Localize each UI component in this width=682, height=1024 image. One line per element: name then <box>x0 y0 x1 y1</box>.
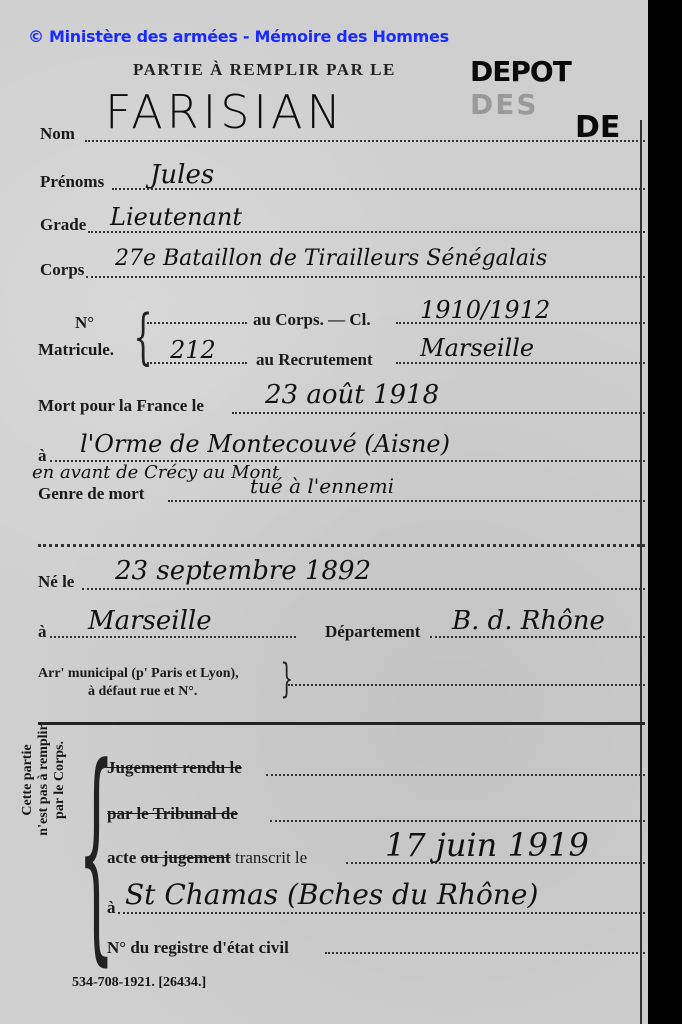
stamp-text-dark: DEPOT <box>470 55 571 88</box>
transcription-lieu-label: à <box>107 898 116 918</box>
departement-line <box>430 636 645 638</box>
lieu-naissance-value: Marseille <box>88 606 212 636</box>
grade-line <box>88 231 645 233</box>
jugement-line <box>266 774 645 776</box>
recrutement-number: 212 <box>170 336 216 364</box>
departement-label: Département <box>325 622 420 642</box>
corps-label: Corps <box>40 260 84 280</box>
grade-label: Grade <box>40 215 86 235</box>
arrondissement-label-1: Arr' municipal (p' Paris et Lyon), <box>38 666 239 682</box>
matricule-label: Matricule. <box>38 340 114 360</box>
mort-label: Mort pour la France le <box>38 396 204 416</box>
corps-value: 27e Bataillon de Tirailleurs Sénégalais <box>115 246 547 271</box>
corps-line <box>86 276 645 278</box>
genre-mort-line <box>168 500 645 502</box>
nom-label: Nom <box>40 124 75 144</box>
au-corps-label: au Corps. — Cl. <box>253 310 371 330</box>
ne-le-value: 23 septembre 1892 <box>115 556 371 586</box>
prenoms-label: Prénoms <box>40 172 104 192</box>
transcription-lieu-value: St Chamas (Bches du Rhône) <box>125 878 538 911</box>
genre-mort-value: tué à l'ennemi <box>250 474 394 498</box>
registre-line <box>325 952 645 954</box>
registre-label: N° du registre d'état civil <box>107 938 289 958</box>
nom-value: FARISIAN <box>105 85 345 139</box>
acte-label-b: ou jugement <box>141 848 231 867</box>
section-divider <box>38 722 645 725</box>
mort-value: 23 août 1918 <box>265 380 439 410</box>
matricule-label-no: N° <box>75 313 94 333</box>
ne-le-label: Né le <box>38 572 74 592</box>
tribunal-label: par le Tribunal de <box>107 804 238 824</box>
acte-label: acte ou jugement transcrit le <box>107 848 307 868</box>
lieu-deces-value-2: en avant de Crécy au Mont <box>32 462 279 483</box>
nom-line <box>85 140 645 142</box>
acte-label-a: acte <box>107 848 136 867</box>
tribunal-line <box>270 820 645 822</box>
lieu-naissance-label: à <box>38 622 47 642</box>
arrondissement-label-2: à défaut rue et N°. <box>88 684 197 700</box>
au-corps-line <box>147 322 247 324</box>
death-record-card: © Ministère des armées - Mémoire des Hom… <box>0 0 648 1024</box>
acte-label-c: transcrit le <box>235 848 307 867</box>
form-header: PARTIE À REMPLIR PAR LE <box>133 60 396 80</box>
transcription-lieu-line <box>118 912 645 914</box>
grade-value: Lieutenant <box>110 203 242 231</box>
recrutement-line <box>396 362 645 364</box>
copyright-watermark: © Ministère des armées - Mémoire des Hom… <box>28 27 449 46</box>
extra-line <box>38 544 645 547</box>
arrondissement-brace: } <box>280 656 293 702</box>
classe-value: 1910/1912 <box>420 296 550 324</box>
side-note-line-2: n'est pas à remplir <box>36 700 52 860</box>
arrondissement-line <box>288 684 645 686</box>
ne-le-line <box>82 588 645 590</box>
depot-stamp: DEPOT DES <box>470 55 648 121</box>
jugement-label: Jugement rendu le <box>107 758 242 778</box>
departement-value: B. d. Rhône <box>452 606 605 636</box>
recrutement-label: au Recrutement <box>256 350 373 370</box>
side-note-line-1: Cette partie <box>20 700 36 860</box>
side-note: Cette partie n'est pas à remplir par le … <box>20 700 68 860</box>
side-note-line-3: par le Corps. <box>52 700 68 860</box>
mort-line <box>232 412 645 414</box>
prenoms-value: Jules <box>150 160 214 190</box>
lieu-deces-value-1: l'Orme de Montecouvé (Aisne) <box>80 430 450 458</box>
card-right-border <box>640 120 642 1024</box>
genre-mort-label: Genre de mort <box>38 484 144 504</box>
lieu-naissance-line <box>50 636 296 638</box>
acte-value: 17 juin 1919 <box>385 826 589 864</box>
stamp-text-faded: DES <box>470 88 539 121</box>
form-reference: 534-708-1921. [26434.] <box>72 975 206 991</box>
recrutement-value: Marseille <box>420 334 534 362</box>
